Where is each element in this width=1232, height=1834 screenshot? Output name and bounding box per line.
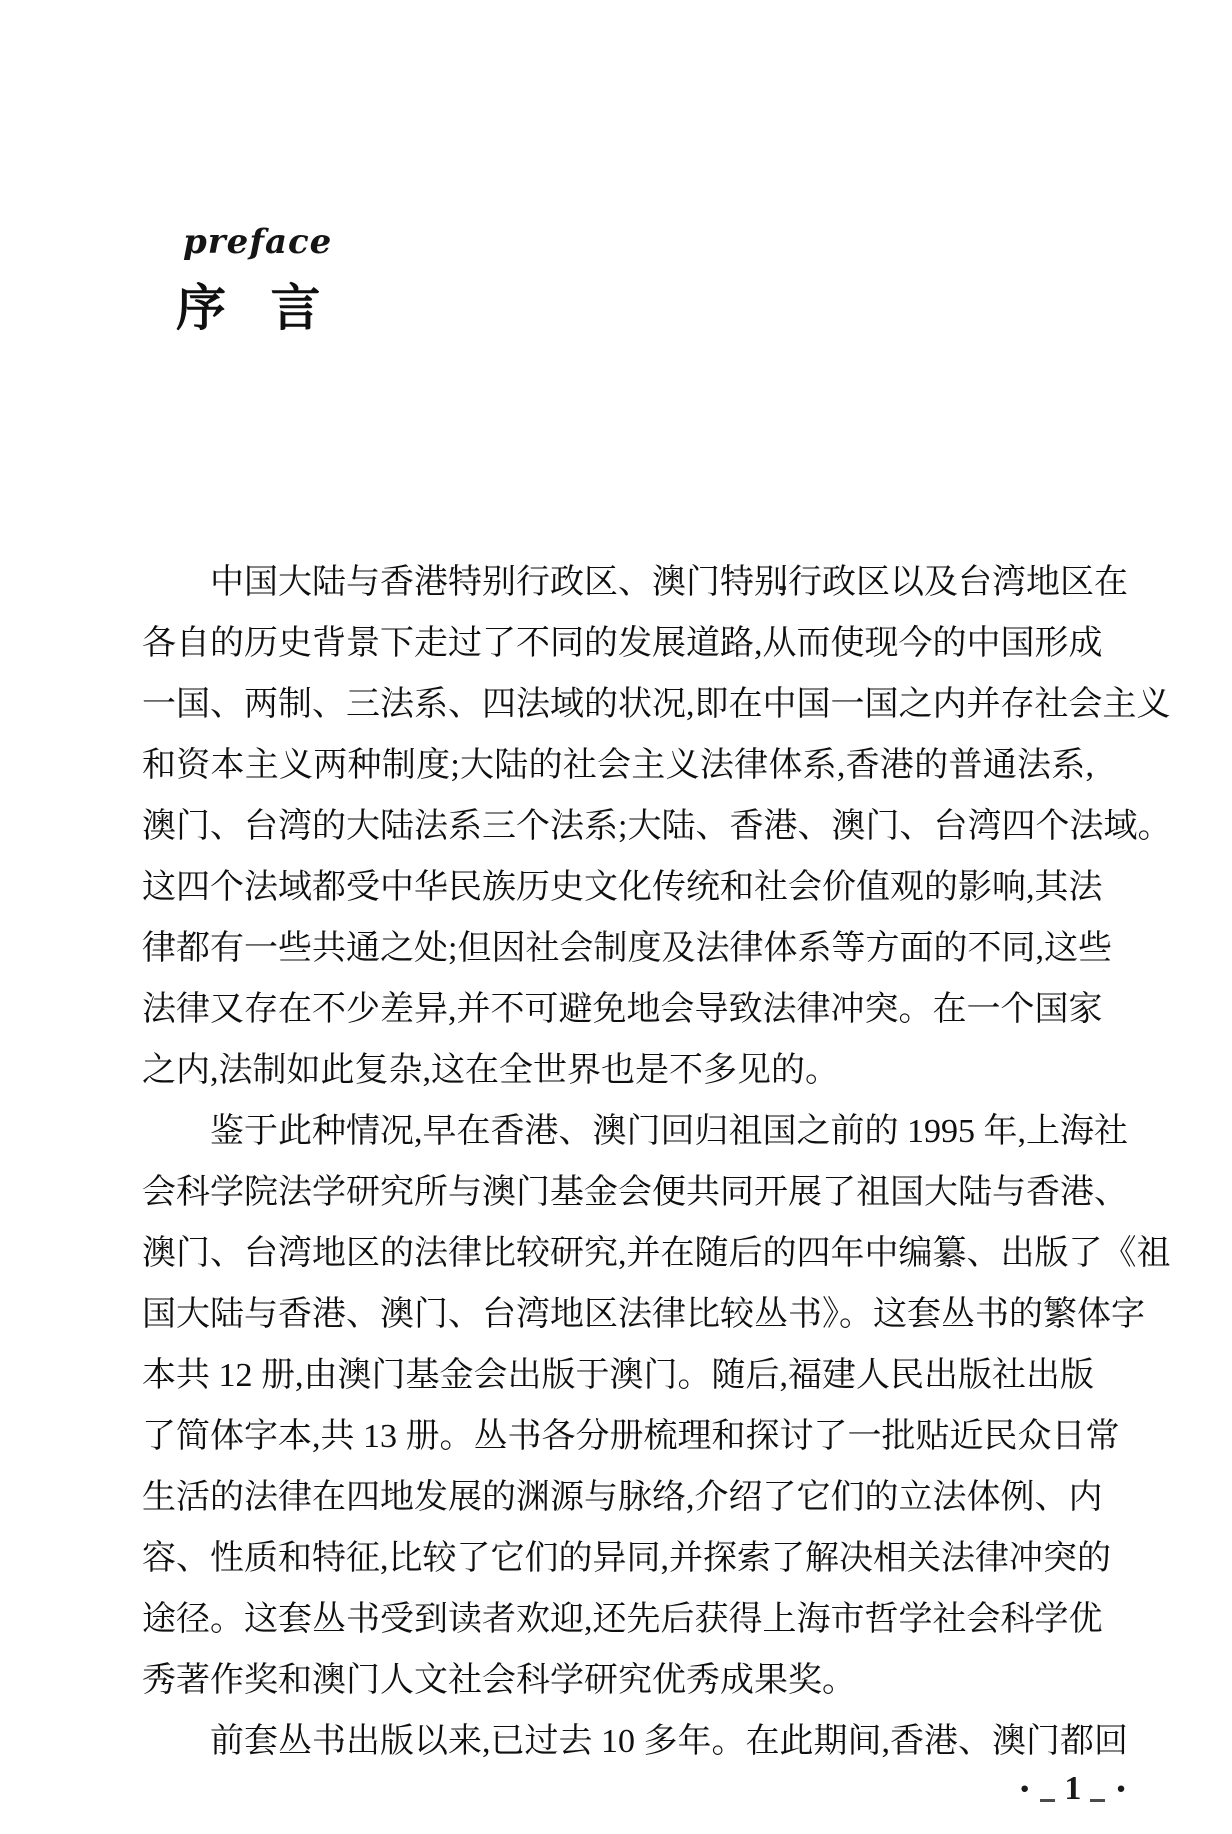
text-line: 律都有一些共通之处;但因社会制度及法律体系等方面的不同,这些 bbox=[142, 918, 1094, 979]
footer-right-dot: · bbox=[1114, 1774, 1127, 1804]
text-line: 本共 12 册,由澳门基金会出版于澳门。随后,福建人民出版社出版 bbox=[142, 1345, 1094, 1406]
scanned-book-page: preface 序 言 中国大陆与香港特别行政区、澳门特别行政区以及台湾地区在 … bbox=[0, 0, 1232, 1834]
text-line: 了简体字本,共 13 册。丛书各分册梳理和探讨了一批贴近民众日常 bbox=[142, 1406, 1094, 1467]
text-line: 中国大陆与香港特别行政区、澳门特别行政区以及台湾地区在 bbox=[142, 552, 1094, 613]
dash-mark bbox=[1090, 1799, 1105, 1802]
text-line: 澳门、台湾的大陆法系三个法系;大陆、香港、澳门、台湾四个法域。 bbox=[142, 796, 1094, 857]
text-line: 国大陆与香港、澳门、台湾地区法律比较丛书》。这套丛书的繁体字 bbox=[142, 1284, 1094, 1345]
text-line: 和资本主义两种制度;大陆的社会主义法律体系,香港的普通法系, bbox=[142, 735, 1094, 796]
text-line: 秀著作奖和澳门人文社会科学研究优秀成果奖。 bbox=[142, 1650, 1094, 1711]
text-line: 澳门、台湾地区的法律比较研究,并在随后的四年中编纂、出版了《祖 bbox=[142, 1223, 1094, 1284]
text-line: 这四个法域都受中华民族历史文化传统和社会价值观的影响,其法 bbox=[142, 857, 1094, 918]
text-line: 法律又存在不少差异,并不可避免地会导致法律冲突。在一个国家 bbox=[142, 979, 1094, 1040]
text-line: 会科学院法学研究所与澳门基金会便共同开展了祖国大陆与香港、 bbox=[142, 1162, 1094, 1223]
paragraph: 前套丛书出版以来,已过去 10 多年。在此期间,香港、澳门都回 bbox=[142, 1711, 1094, 1772]
text-line: 前套丛书出版以来,已过去 10 多年。在此期间,香港、澳门都回 bbox=[142, 1711, 1094, 1772]
body-text: 中国大陆与香港特别行政区、澳门特别行政区以及台湾地区在 各自的历史背景下走过了不… bbox=[142, 552, 1094, 1772]
page-number: 1 bbox=[1064, 1772, 1081, 1806]
paragraph: 中国大陆与香港特别行政区、澳门特别行政区以及台湾地区在 各自的历史背景下走过了不… bbox=[142, 552, 1094, 1101]
text-line: 一国、两制、三法系、四法域的状况,即在中国一国之内并存社会主义 bbox=[142, 674, 1094, 735]
text-line: 各自的历史背景下走过了不同的发展道路,从而使现今的中国形成 bbox=[142, 613, 1094, 674]
text-line: 容、性质和特征,比较了它们的异同,并探索了解决相关法律冲突的 bbox=[142, 1528, 1094, 1589]
footer-left-dot: · bbox=[1018, 1774, 1031, 1804]
text-line: 之内,法制如此复杂,这在全世界也是不多见的。 bbox=[142, 1040, 1094, 1101]
page-title: 序 言 bbox=[176, 268, 337, 340]
paragraph: 鉴于此种情况,早在香港、澳门回归祖国之前的 1995 年,上海社 会科学院法学研… bbox=[142, 1101, 1094, 1711]
text-line: 生活的法律在四地发展的渊源与脉络,介绍了它们的立法体例、内 bbox=[142, 1467, 1094, 1528]
dash-mark bbox=[1040, 1799, 1055, 1802]
text-line: 鉴于此种情况,早在香港、澳门回归祖国之前的 1995 年,上海社 bbox=[142, 1101, 1094, 1162]
page-footer: · 1 · bbox=[1018, 1772, 1128, 1806]
text-line: 途径。这套丛书受到读者欢迎,还先后获得上海市哲学社会科学优 bbox=[142, 1589, 1094, 1650]
preface-label: preface bbox=[183, 222, 332, 262]
